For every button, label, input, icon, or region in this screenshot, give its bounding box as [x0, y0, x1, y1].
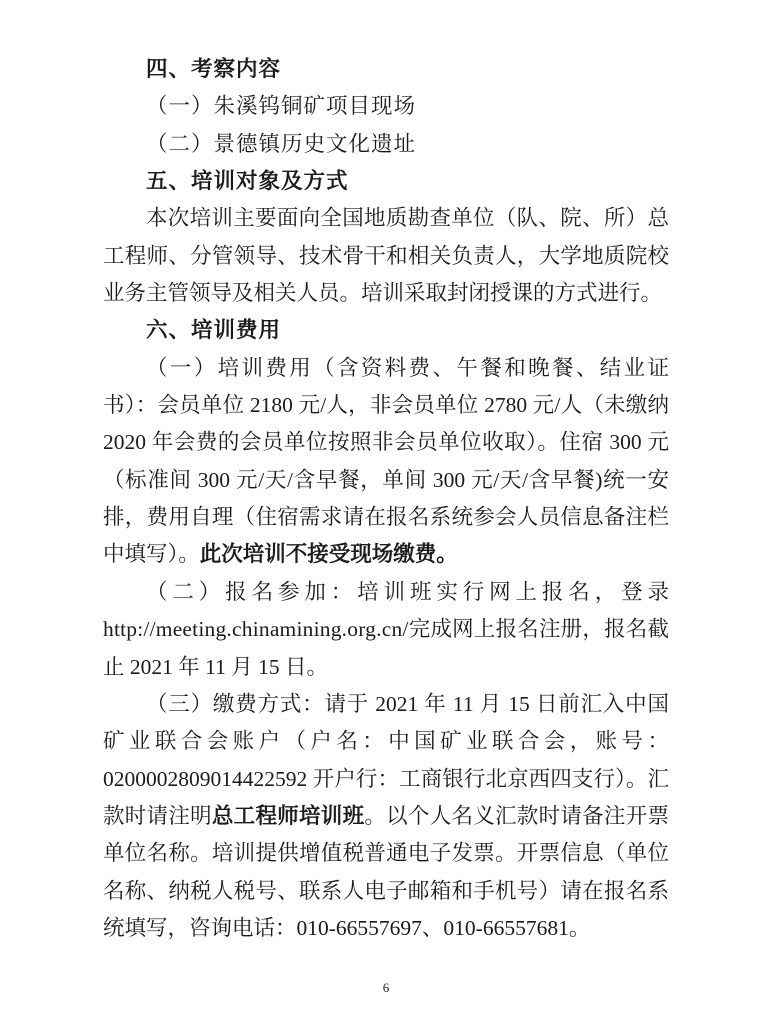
- registration-pre-text: （二）报名参加：培训班实行网上报名，登录: [146, 580, 669, 604]
- paragraph-payment-method: （三）缴费方式：请于 2021 年 11 月 15 日前汇入中国矿业联合会账户（…: [103, 686, 669, 947]
- inspection-item-2: （二）景德镇历史文化遗址: [103, 126, 669, 163]
- inspection-item-1: （一）朱溪钨铜矿项目现场: [103, 88, 669, 125]
- section-heading-training-fee: 六、培训费用: [103, 312, 669, 349]
- paragraph-training-target: 本次培训主要面向全国地质勘查单位（队、院、所）总工程师、分管领导、技术骨干和相关…: [103, 200, 669, 312]
- payment-class-name-emphasis: 总工程师培训班: [212, 804, 364, 828]
- fee-text: （一）培训费用（含资料费、午餐和晚餐、结业证书）：会员单位 2180 元/人，非…: [103, 356, 669, 567]
- section-heading-training-target: 五、培训对象及方式: [103, 163, 669, 200]
- document-body: 四、考察内容 （一）朱溪钨铜矿项目现场 （二）景德镇历史文化遗址 五、培训对象及…: [103, 51, 669, 947]
- page-number: 6: [0, 980, 772, 996]
- paragraph-training-fee: （一）培训费用（含资料费、午餐和晚餐、结业证书）：会员单位 2180 元/人，非…: [103, 350, 669, 574]
- section-heading-inspection-content: 四、考察内容: [103, 51, 669, 88]
- fee-no-onsite-payment-emphasis: 此次培训不接受现场缴费。: [200, 542, 458, 566]
- document-page: 四、考察内容 （一）朱溪钨铜矿项目现场 （二）景德镇历史文化遗址 五、培训对象及…: [0, 0, 772, 1031]
- paragraph-registration: （二）报名参加：培训班实行网上报名，登录http://meeting.china…: [103, 574, 669, 686]
- registration-url: http://meeting.chinamining.org.cn/: [103, 617, 409, 641]
